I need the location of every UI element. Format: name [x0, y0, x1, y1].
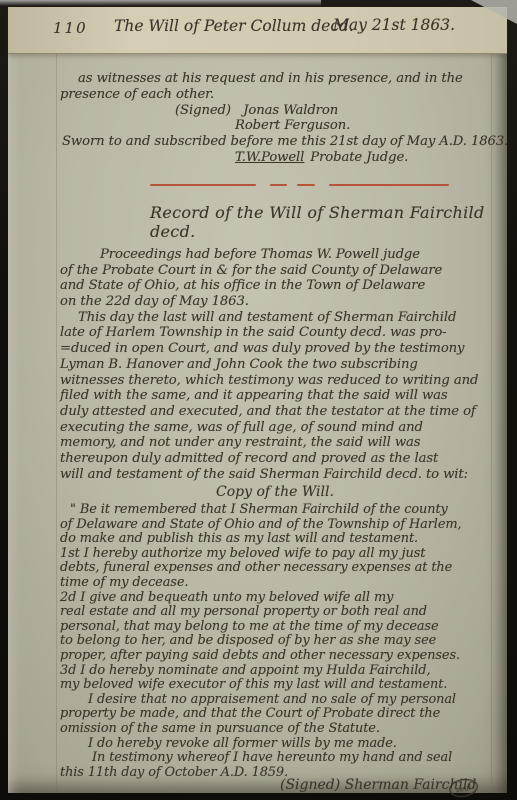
copy-of-will-heading: Copy of the Will.	[216, 484, 334, 500]
handwritten-text-line: filed with the same, and it appearing th…	[60, 388, 478, 404]
handwritten-text-line: and State of Ohio, at his office in the …	[60, 278, 478, 294]
header-title: The Will of Peter Collum decd.	[114, 17, 354, 35]
handwritten-text-line: witnesses thereto, which testimony was r…	[60, 373, 478, 389]
handwritten-text-line: on the 22d day of May 1863.	[60, 294, 478, 310]
handwritten-text-line: my beloved wife executor of this my last…	[60, 678, 461, 693]
handwritten-text-line: presence of each other.	[60, 87, 508, 103]
handwritten-text-line: executing the same, was of full age, of …	[60, 420, 478, 436]
handwritten-text-line: of Delaware and State of Ohio and of the…	[60, 518, 461, 533]
handwritten-text-line: thereupon duly admitted of record and pr…	[60, 451, 478, 467]
handwritten-text-line: debts, funeral expenses and other necess…	[60, 561, 461, 576]
fairchild-proceedings-text: Proceedings had before Thomas W. Powell …	[60, 247, 478, 482]
handwritten-text-line: Lyman B. Hanover and John Cook the two s…	[60, 357, 478, 373]
will-copy-text: " Be it remembered that I Sherman Fairch…	[60, 503, 461, 780]
seal-text: seal	[455, 782, 472, 793]
divider-dash	[329, 184, 449, 186]
divider-dash	[270, 184, 287, 186]
handwritten-text-line: personal, that may belong to me at the t…	[60, 620, 461, 635]
handwritten-text-line: time of my decease.	[60, 576, 461, 591]
photo-glare-top	[0, 0, 321, 6]
handwritten-text-line: In testimony whereof I have hereunto my …	[92, 751, 461, 766]
handwritten-text-line: Proceedings had before Thomas W. Powell …	[100, 247, 478, 263]
handwritten-text-line: duly attested and executed, and that the…	[60, 404, 478, 420]
handwritten-text-line: =duced in open Court, and was duly prove…	[60, 341, 478, 357]
ledger-page: 110 The Will of Peter Collum decd. May 2…	[8, 7, 507, 793]
handwritten-text-line: 3d I do hereby nominate and appoint my H…	[60, 664, 461, 679]
page-number: 110	[53, 19, 88, 37]
signature-row: (Signed) Sherman Fairchild seal	[8, 777, 507, 797]
handwritten-text-line: I do hereby revoke all former wills by m…	[88, 737, 461, 752]
handwritten-text-line: 2d I give and bequeath unto my beloved w…	[60, 591, 461, 606]
testator-signature: (Signed) Sherman Fairchild	[280, 777, 476, 793]
fairchild-record-heading: Record of the Will of Sherman Fairchild …	[150, 203, 507, 241]
handwritten-text-line: Robert Ferguson.	[235, 118, 508, 134]
handwritten-text-line: omission of the same in pursuance of the…	[60, 722, 461, 737]
handwritten-text-line: T.W.PowellProbate Judge.	[235, 150, 508, 166]
handwritten-text-line: 1st I hereby authorize my beloved wife t…	[60, 547, 461, 562]
left-margin-rule	[56, 54, 57, 793]
handwritten-text-line: to belong to her, and be disposed of by …	[60, 634, 461, 649]
handwritten-text-line: I desire that no appraisement and no sal…	[88, 693, 461, 708]
handwritten-text-line: as witnesses at his request and in his p…	[78, 71, 508, 87]
page-header-band: 110 The Will of Peter Collum decd. May 2…	[8, 7, 507, 54]
handwritten-text-line: Sworn to and subscribed before me this 2…	[62, 134, 508, 150]
handwritten-text-line: (Signed) Jonas Waldron	[175, 103, 508, 119]
handwritten-text-line: This day the last will and testament of …	[78, 310, 478, 326]
handwritten-text-line: do make and publish this as my last will…	[60, 532, 461, 547]
photo-background: 110 The Will of Peter Collum decd. May 2…	[0, 0, 517, 800]
header-date: May 21st 1863.	[333, 16, 455, 34]
handwritten-text-line: property be made, and that the Court of …	[60, 707, 461, 722]
photo-glare-top-right	[471, 0, 517, 24]
handwritten-text-line: late of Harlem Township in the said Coun…	[60, 325, 478, 341]
red-section-divider	[150, 184, 449, 186]
handwritten-text-line: of the Probate Court in & for the said C…	[60, 263, 478, 279]
handwritten-text-line: memory, and not under any restraint, the…	[60, 435, 478, 451]
handwritten-text-line: " Be it remembered that I Sherman Fairch…	[70, 503, 461, 518]
divider-dash	[297, 184, 315, 186]
handwritten-text-line: real estate and all my personal property…	[60, 605, 461, 620]
handwritten-text-line: proper, after paying said debts and othe…	[60, 649, 461, 664]
divider-dash	[150, 184, 256, 186]
handwritten-text-line: will and testament of the said Sherman F…	[60, 467, 478, 483]
collum-record-closing: as witnesses at his request and in his p…	[60, 71, 508, 166]
